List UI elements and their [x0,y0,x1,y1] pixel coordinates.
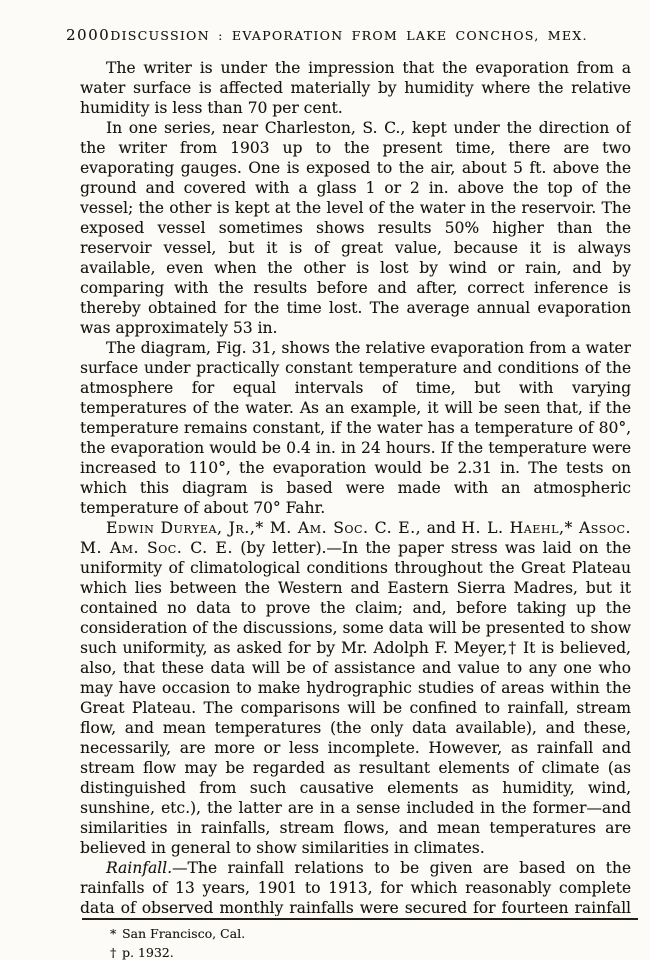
paragraph-diagram-fig31: The diagram, Fig. 31, shows the relative… [80,338,631,518]
paragraph-block-duryea-haehl: Messrs. Duryea and Haehl. Edwin Duryea, … [80,518,631,858]
scanned-page: 2000 DISCUSSION : EVAPORATION FROM LAKE … [0,0,650,960]
rainfall-lead-word: Rainfall. [106,859,172,877]
footnote-marker: * [110,925,118,944]
paragraph-text: The writer is under the impression that … [80,59,631,117]
paragraph-text: The diagram, Fig. 31, shows the relative… [80,339,631,517]
footnote-item: * San Francisco, Cal. [110,925,638,944]
footnote-marker: † [110,944,118,960]
footnote-text: p. 1932. [122,945,174,960]
running-header: 2000 DISCUSSION : EVAPORATION FROM LAKE … [66,26,578,44]
running-title: DISCUSSION : EVAPORATION FROM LAKE CONCH… [110,28,588,43]
speaker-connector: and [421,519,461,537]
footnote-item: † p. 1932. [110,944,638,960]
page-number: 2000 [66,26,110,44]
paragraph-rainfall: Rainfall.—The rainfall relations to be g… [80,858,631,916]
footnotes: * San Francisco, Cal. † p. 1932. [82,918,638,960]
footnote-text: San Francisco, Cal. [122,926,245,941]
page-body: Mr. Ledoux. The writer is under the impr… [80,58,631,916]
paragraph-text: (by letter).—In the paper stress was lai… [80,539,631,857]
paragraph-charleston-series: In one series, near Charleston, S. C., k… [80,118,631,338]
paragraph-ledoux-humidity: The writer is under the impression that … [80,58,631,118]
speaker-name-duryea: Edwin Duryea, Jr.,* M. Am. Soc. C. E., [106,519,421,537]
paragraph-duryea-haehl-discussion: Edwin Duryea, Jr.,* M. Am. Soc. C. E., a… [80,518,631,858]
paragraph-block-ledoux: Mr. Ledoux. The writer is under the impr… [80,58,631,118]
paragraph-text: In one series, near Charleston, S. C., k… [80,119,631,337]
footnote-rule [82,918,638,920]
